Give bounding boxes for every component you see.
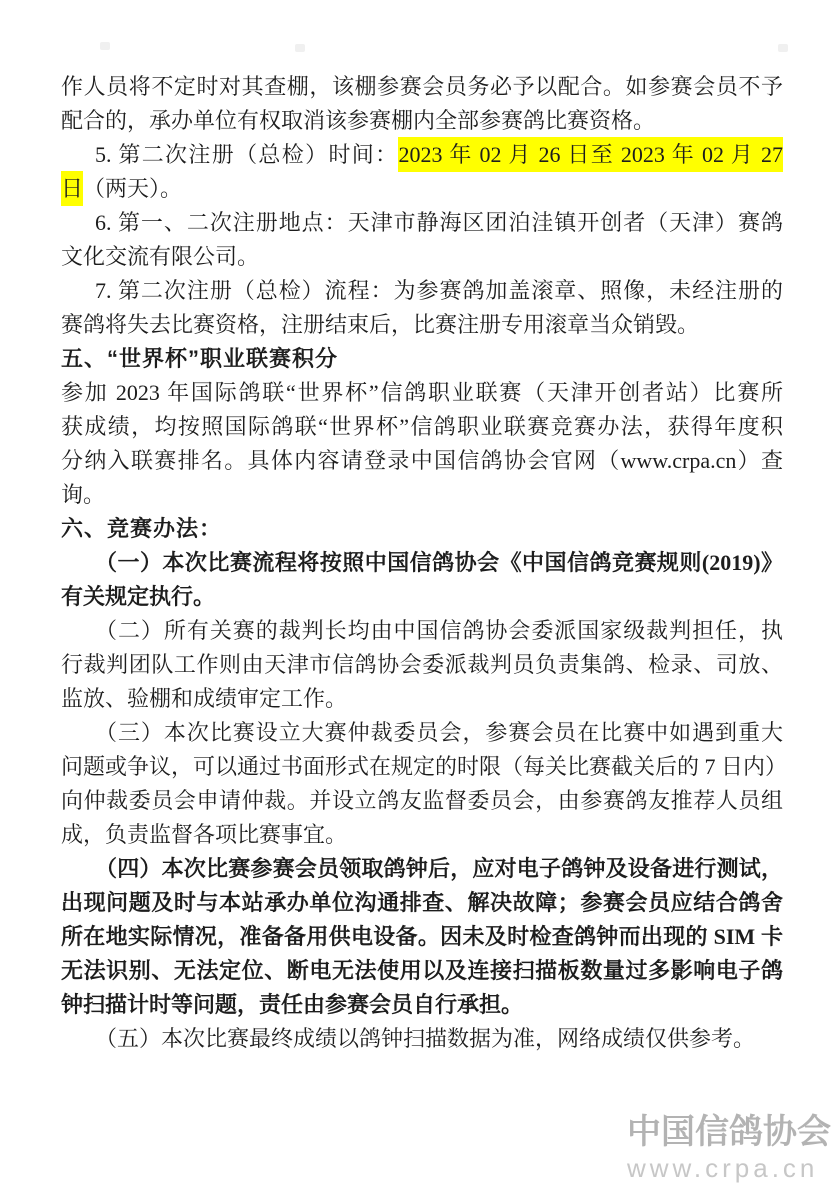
document-line: 所在地实际情况，准备备用供电设备。因未及时检查鸽钟而出现的 SIM 卡 bbox=[61, 920, 783, 954]
document-line: （二）所有关赛的裁判长均由中国信鸽协会委派国家级裁判担任，执 bbox=[61, 614, 783, 648]
text-segment: 出现问题及时与本站承办单位沟通排查、解决故障；参赛会员应结合鸽舍 bbox=[61, 890, 783, 915]
text-segment: （三）本次比赛设立大赛仲裁委员会，参赛会员在比赛中如遇到重大 bbox=[95, 720, 783, 745]
document-line: 有关规定执行。 bbox=[61, 580, 783, 614]
document-line: 成，负责监督各项比赛事宜。 bbox=[61, 818, 783, 852]
section-heading: 五、“世界杯”职业联赛积分 bbox=[61, 342, 783, 376]
text-segment: 监放、验棚和成绩审定工作。 bbox=[61, 686, 347, 711]
text-segment: 赛鸽将失去比赛资格，注册结束后，比赛注册专用滚章当众销毁。 bbox=[61, 312, 699, 337]
text-segment: 钟扫描计时等问题，责任由参赛会员自行承担。 bbox=[61, 992, 523, 1017]
text-segment: 作人员将不定时对其查棚，该棚参赛会员务必予以配合。如参赛会员不予 bbox=[61, 74, 783, 99]
text-segment: 5. 第二次注册（总检）时间： bbox=[95, 142, 398, 167]
text-segment: 6. 第一、二次注册地点：天津市静海区团泊洼镇开创者（天津）赛鸽 bbox=[95, 210, 783, 235]
scan-artifact bbox=[295, 44, 305, 52]
document-line: 出现问题及时与本站承办单位沟通排查、解决故障；参赛会员应结合鸽舍 bbox=[61, 886, 783, 920]
document-line: 赛鸽将失去比赛资格，注册结束后，比赛注册专用滚章当众销毁。 bbox=[61, 308, 783, 342]
text-segment: （五）本次比赛最终成绩以鸽钟扫描数据为准，网络成绩仅供参考。 bbox=[95, 1026, 755, 1051]
document-line: 询。 bbox=[61, 478, 783, 512]
text-segment: 获成绩，均按照国际鸽联“世界杯”信鸽职业联赛竞赛办法，获得年度积 bbox=[61, 414, 783, 439]
document-body: 作人员将不定时对其查棚，该棚参赛会员务必予以配合。如参赛会员不予配合的，承办单位… bbox=[61, 70, 783, 1056]
text-segment: 配合的，承办单位有权取消该参赛棚内全部参赛鸽比赛资格。 bbox=[61, 108, 655, 133]
watermark-org-name: 中国信鸽协会 bbox=[627, 1112, 831, 1152]
document-line: 7. 第二次注册（总检）流程：为参赛鸽加盖滚章、照像，未经注册的 bbox=[61, 274, 783, 308]
document-line: 配合的，承办单位有权取消该参赛棚内全部参赛鸽比赛资格。 bbox=[61, 104, 783, 138]
document-line: 获成绩，均按照国际鸽联“世界杯”信鸽职业联赛竞赛办法，获得年度积 bbox=[61, 410, 783, 444]
document-line: 日（两天）。 bbox=[61, 172, 783, 206]
text-segment: 文化交流有限公司。 bbox=[61, 244, 259, 269]
document-line: 作人员将不定时对其查棚，该棚参赛会员务必予以配合。如参赛会员不予 bbox=[61, 70, 783, 104]
text-segment: 所在地实际情况，准备备用供电设备。因未及时检查鸽钟而出现的 SIM 卡 bbox=[61, 924, 783, 949]
document-line: （三）本次比赛设立大赛仲裁委员会，参赛会员在比赛中如遇到重大 bbox=[61, 716, 783, 750]
text-segment: （二）所有关赛的裁判长均由中国信鸽协会委派国家级裁判担任，执 bbox=[95, 618, 783, 643]
text-segment: 成，负责监督各项比赛事宜。 bbox=[61, 822, 347, 847]
document-line: 5. 第二次注册（总检）时间：2023 年 02 月 26 日至 2023 年 … bbox=[61, 138, 783, 172]
text-segment: （四）本次比赛参赛会员领取鸽钟后，应对电子鸽钟及设备进行测试， bbox=[95, 856, 783, 881]
document-line: 向仲裁委员会申请仲裁。并设立鸽友监督委员会，由参赛鸽友推荐人员组 bbox=[61, 784, 783, 818]
document-line: （一）本次比赛流程将按照中国信鸽协会《中国信鸽竞赛规则(2019)》 bbox=[61, 546, 783, 580]
scan-artifact bbox=[778, 44, 788, 52]
highlighted-date-text: 日 bbox=[61, 171, 83, 206]
document-line: （四）本次比赛参赛会员领取鸽钟后，应对电子鸽钟及设备进行测试， bbox=[61, 852, 783, 886]
watermark-url: www.crpa.cn bbox=[627, 1155, 831, 1181]
text-segment: 分纳入联赛排名。具体内容请登录中国信鸽协会官网（www.crpa.cn）查 bbox=[61, 448, 783, 473]
text-segment: 7. 第二次注册（总检）流程：为参赛鸽加盖滚章、照像，未经注册的 bbox=[95, 278, 783, 303]
text-segment: 问题或争议，可以通过书面形式在规定的时限（每关比赛截关后的 7 日内） bbox=[61, 754, 787, 779]
text-segment: 向仲裁委员会申请仲裁。并设立鸽友监督委员会，由参赛鸽友推荐人员组 bbox=[61, 788, 783, 813]
text-segment: （一）本次比赛流程将按照中国信鸽协会《中国信鸽竞赛规则(2019)》 bbox=[95, 550, 783, 575]
text-segment: 无法识别、无法定位、断电无法使用以及连接扫描板数量过多影响电子鸽 bbox=[61, 958, 783, 983]
section-heading: 六、竞赛办法： bbox=[61, 512, 783, 546]
text-segment: 行裁判团队工作则由天津市信鸽协会委派裁判员负责集鸽、检录、司放、 bbox=[61, 652, 783, 677]
document-line: 文化交流有限公司。 bbox=[61, 240, 783, 274]
text-segment: （两天）。 bbox=[83, 176, 182, 201]
text-segment: 参加 2023 年国际鸽联“世界杯”信鸽职业联赛（天津开创者站）比赛所 bbox=[61, 380, 783, 405]
highlighted-date-text: 2023 年 02 月 26 日至 2023 年 02 月 27 bbox=[398, 137, 783, 172]
document-line: （五）本次比赛最终成绩以鸽钟扫描数据为准，网络成绩仅供参考。 bbox=[61, 1022, 783, 1056]
watermark: 中国信鸽协会 www.crpa.cn bbox=[627, 1112, 831, 1181]
scan-artifact bbox=[100, 42, 110, 50]
document-line: 无法识别、无法定位、断电无法使用以及连接扫描板数量过多影响电子鸽 bbox=[61, 954, 783, 988]
text-segment: 询。 bbox=[61, 482, 105, 507]
document-line: 问题或争议，可以通过书面形式在规定的时限（每关比赛截关后的 7 日内） bbox=[61, 750, 783, 784]
text-segment: 有关规定执行。 bbox=[61, 584, 215, 609]
document-line: 参加 2023 年国际鸽联“世界杯”信鸽职业联赛（天津开创者站）比赛所 bbox=[61, 376, 783, 410]
document-page: { "page": { "background": "#ffffff", "te… bbox=[0, 0, 840, 1187]
document-line: 监放、验棚和成绩审定工作。 bbox=[61, 682, 783, 716]
document-line: 6. 第一、二次注册地点：天津市静海区团泊洼镇开创者（天津）赛鸽 bbox=[61, 206, 783, 240]
document-line: 行裁判团队工作则由天津市信鸽协会委派裁判员负责集鸽、检录、司放、 bbox=[61, 648, 783, 682]
text-segment: 六、竞赛办法： bbox=[61, 516, 222, 541]
document-line: 钟扫描计时等问题，责任由参赛会员自行承担。 bbox=[61, 988, 783, 1022]
document-line: 分纳入联赛排名。具体内容请登录中国信鸽协会官网（www.crpa.cn）查 bbox=[61, 444, 783, 478]
text-segment: 五、“世界杯”职业联赛积分 bbox=[61, 346, 338, 371]
